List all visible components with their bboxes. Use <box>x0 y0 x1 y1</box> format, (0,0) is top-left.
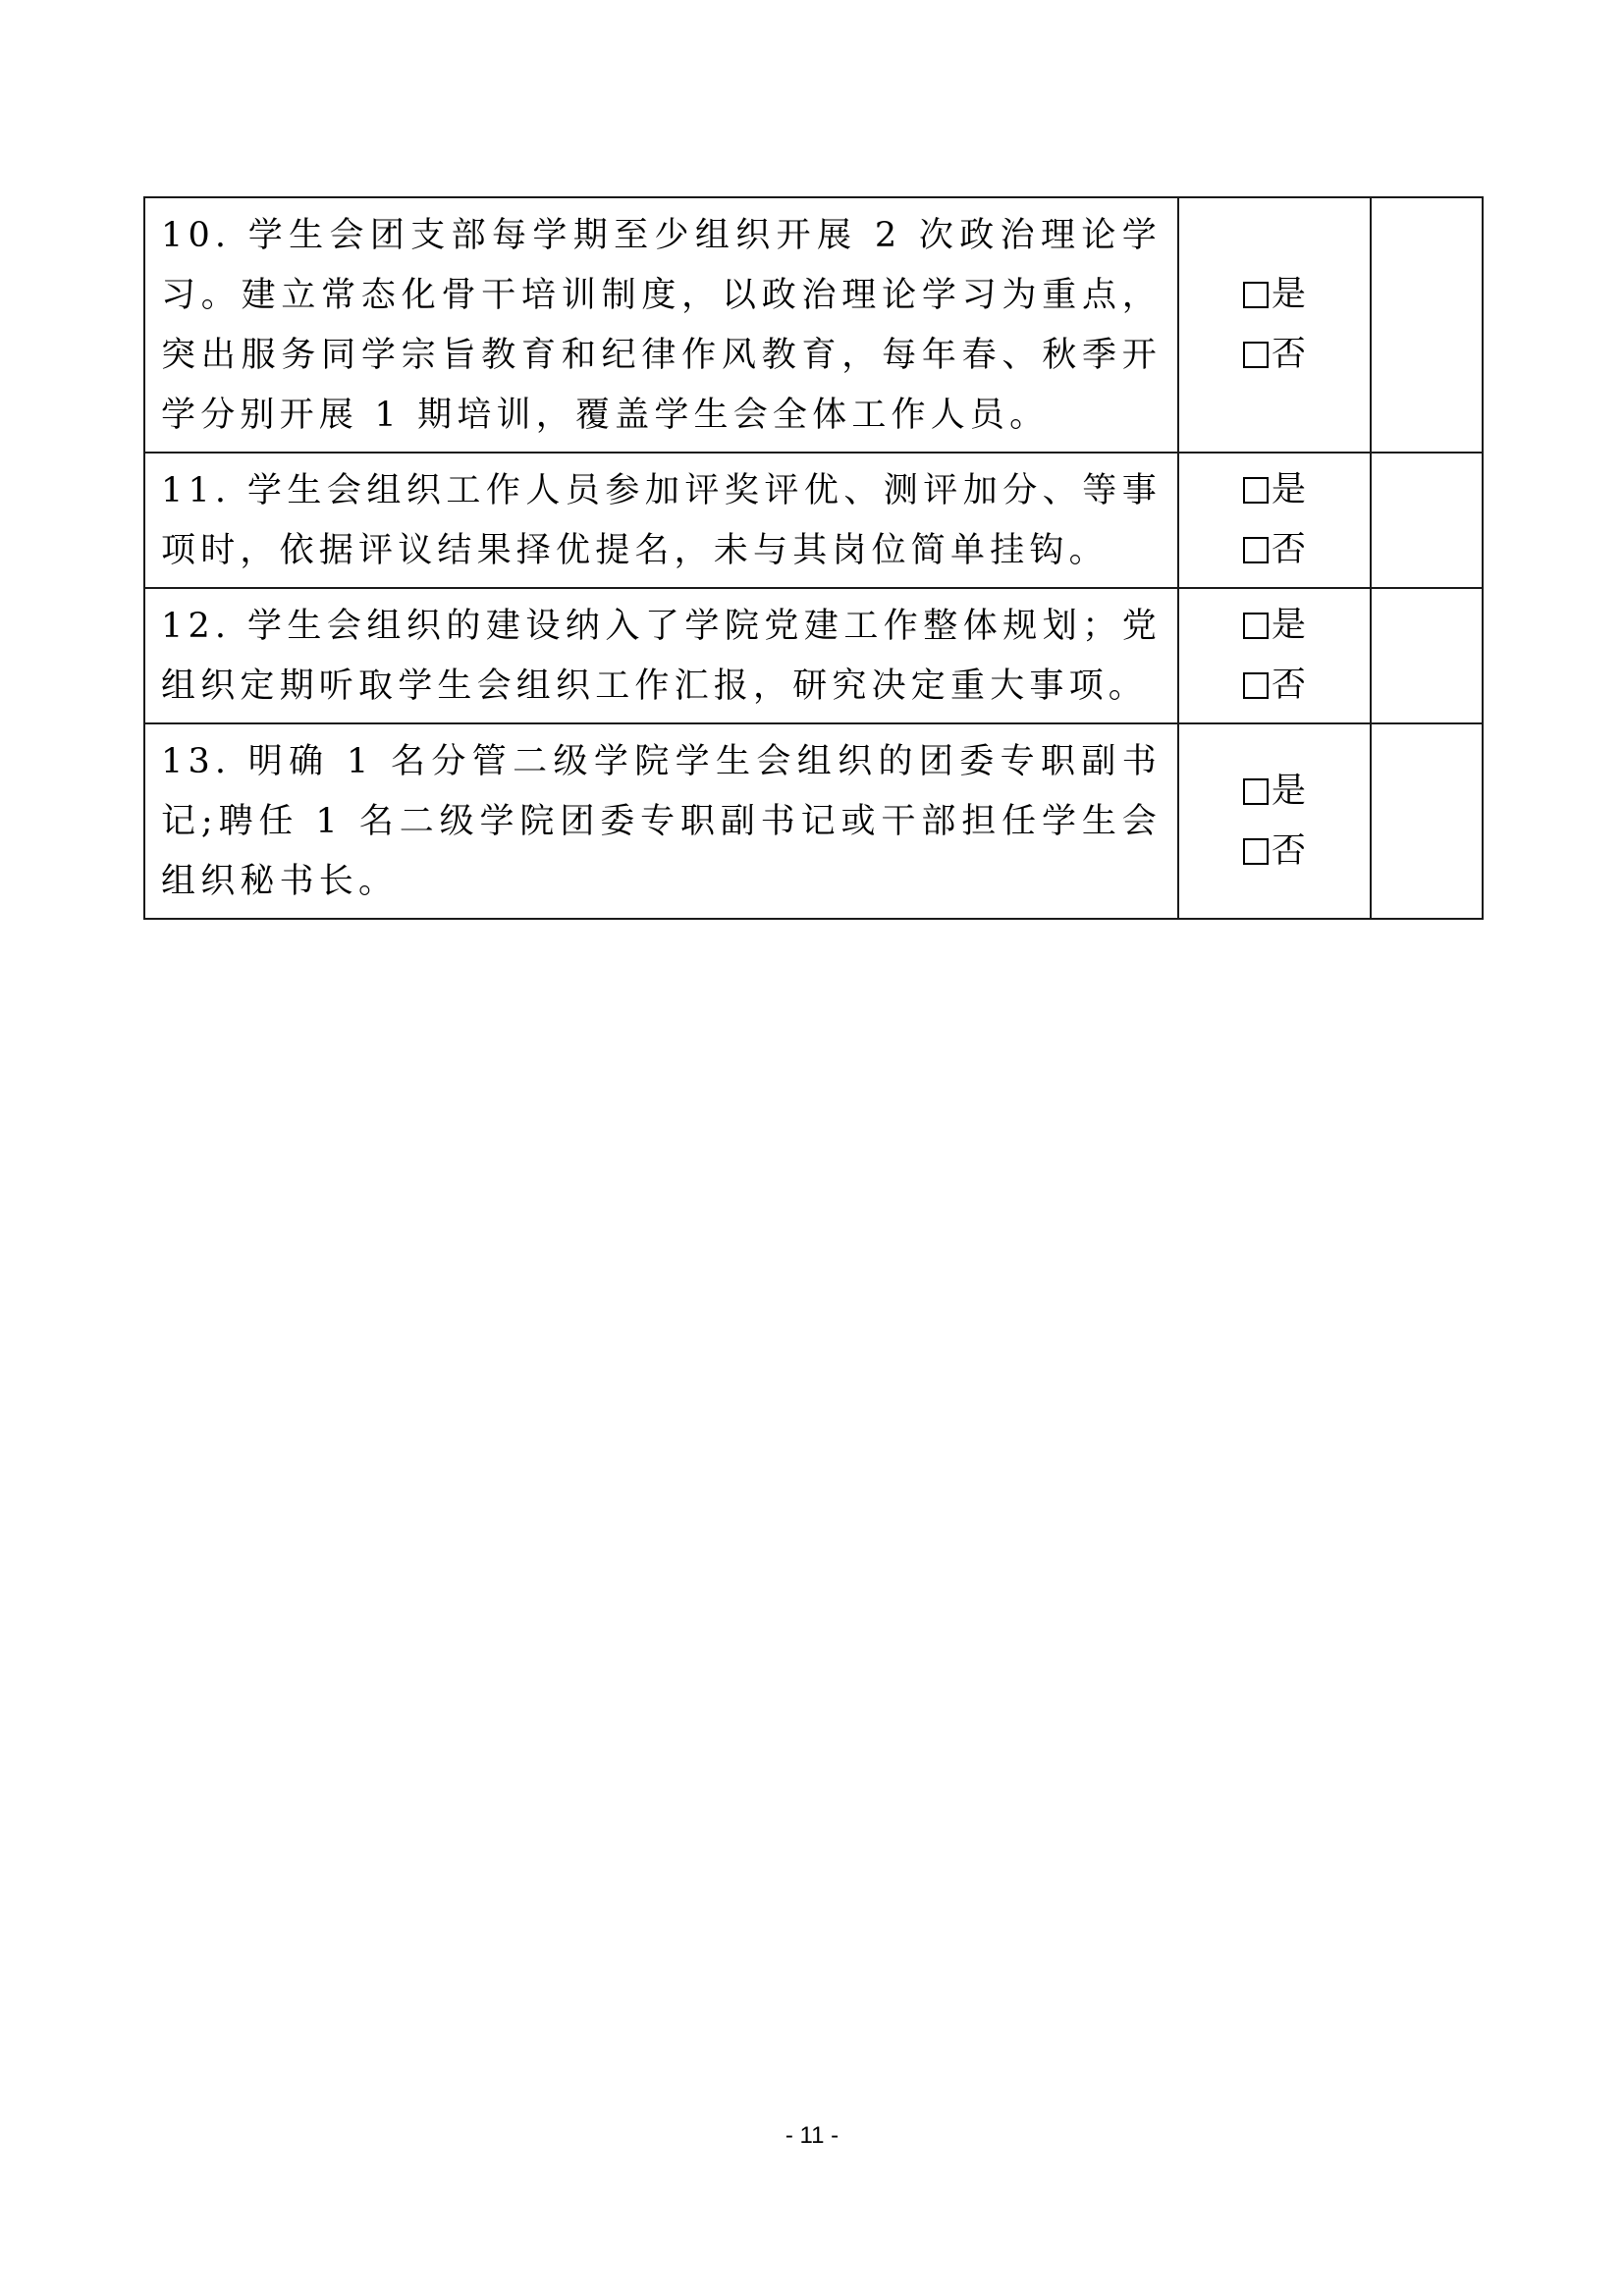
option-label: 是 <box>1272 606 1306 645</box>
table-row: 12. 学生会组织的建设纳入了学院党建工作整体规划；党组织定期听取学生会组织工作… <box>144 588 1483 723</box>
option-no[interactable]: 否 <box>1179 656 1370 716</box>
checkbox-icon[interactable] <box>1243 477 1269 504</box>
table-row: 13. 明确 1 名分管二级学院学生会组织的团委专职副书记;聘任 1 名二级学院… <box>144 723 1483 919</box>
option-label: 否 <box>1272 666 1306 705</box>
note-cell <box>1371 197 1483 453</box>
table-row: 11. 学生会组织工作人员参加评奖评优、测评加分、等事项时，依据评议结果择优提名… <box>144 453 1483 588</box>
checkbox-icon[interactable] <box>1243 838 1269 865</box>
option-label: 是 <box>1272 275 1306 314</box>
yes-no-options: 是 否 <box>1178 723 1371 919</box>
option-yes[interactable]: 是 <box>1179 596 1370 656</box>
option-no[interactable]: 否 <box>1179 520 1370 580</box>
checkbox-icon[interactable] <box>1243 613 1269 639</box>
checkbox-icon[interactable] <box>1243 342 1269 368</box>
yes-no-options: 是 否 <box>1178 197 1371 453</box>
option-yes[interactable]: 是 <box>1179 265 1370 325</box>
option-label: 是 <box>1272 772 1306 811</box>
checkbox-icon[interactable] <box>1243 672 1269 699</box>
yes-no-options: 是 否 <box>1178 588 1371 723</box>
option-label: 是 <box>1272 470 1306 509</box>
yes-no-options: 是 否 <box>1178 453 1371 588</box>
note-cell <box>1371 453 1483 588</box>
checklist-table: 10. 学生会团支部每学期至少组织开展 2 次政治理论学习。建立常态化骨干培训制… <box>143 196 1484 920</box>
option-no[interactable]: 否 <box>1179 822 1370 881</box>
document-page: 10. 学生会团支部每学期至少组织开展 2 次政治理论学习。建立常态化骨干培训制… <box>0 0 1624 2296</box>
option-label: 否 <box>1272 530 1306 569</box>
checkbox-icon[interactable] <box>1243 537 1269 563</box>
item-description: 13. 明确 1 名分管二级学院学生会组织的团委专职副书记;聘任 1 名二级学院… <box>144 723 1178 919</box>
option-yes[interactable]: 是 <box>1179 762 1370 822</box>
item-description: 11. 学生会组织工作人员参加评奖评优、测评加分、等事项时，依据评议结果择优提名… <box>144 453 1178 588</box>
item-description: 10. 学生会团支部每学期至少组织开展 2 次政治理论学习。建立常态化骨干培训制… <box>144 197 1178 453</box>
note-cell <box>1371 588 1483 723</box>
option-label: 否 <box>1272 335 1306 374</box>
option-yes[interactable]: 是 <box>1179 460 1370 520</box>
checkbox-icon[interactable] <box>1243 778 1269 805</box>
note-cell <box>1371 723 1483 919</box>
option-no[interactable]: 否 <box>1179 325 1370 385</box>
page-number: - 11 - <box>0 2122 1624 2150</box>
checkbox-icon[interactable] <box>1243 282 1269 308</box>
item-description: 12. 学生会组织的建设纳入了学院党建工作整体规划；党组织定期听取学生会组织工作… <box>144 588 1178 723</box>
table-row: 10. 学生会团支部每学期至少组织开展 2 次政治理论学习。建立常态化骨干培训制… <box>144 197 1483 453</box>
option-label: 否 <box>1272 831 1306 871</box>
